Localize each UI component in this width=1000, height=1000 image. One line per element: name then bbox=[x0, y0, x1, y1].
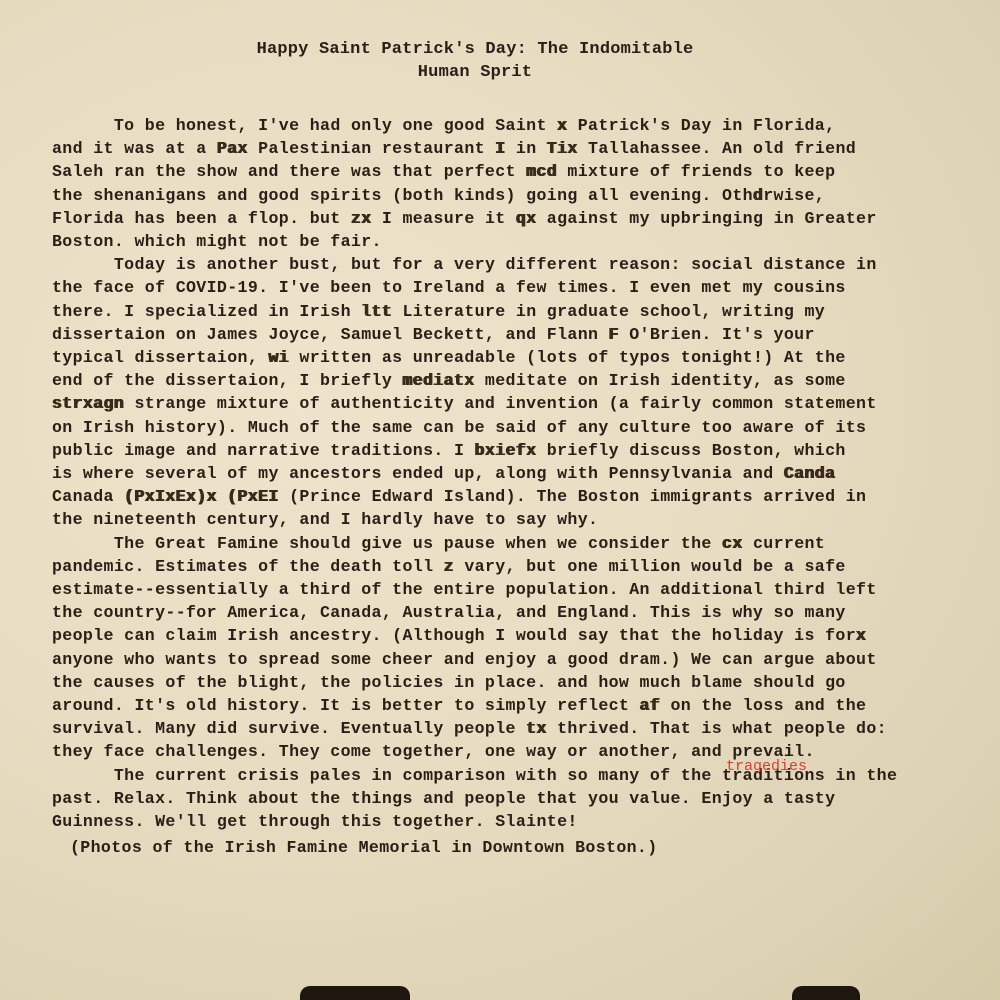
text-line: there. I specialized in Irish ltt Litera… bbox=[52, 300, 982, 323]
text-line: they face challenges. They come together… bbox=[52, 740, 982, 763]
text-segment: the shenanigans and good spirits (both k… bbox=[52, 186, 753, 205]
text-line: is where several of my ancestors ended u… bbox=[52, 462, 982, 485]
text-line: around. It's old history. It is better t… bbox=[52, 694, 982, 717]
typed-strikeover: z bbox=[444, 557, 454, 576]
text-line: Florida has been a flop. but zx I measur… bbox=[52, 207, 982, 230]
typed-strikeover: I bbox=[495, 139, 505, 158]
text-segment: strange mixture of authenticity and inve… bbox=[124, 394, 876, 413]
text-segment: Patrick's Day in Florida, bbox=[567, 116, 835, 135]
text-segment: against my upbringing in Greater bbox=[537, 209, 877, 228]
typed-strikeover: zx bbox=[351, 209, 372, 228]
text-segment: end of the dissertaion, I briefly bbox=[52, 371, 402, 390]
text-segment: The Great Famine should give us pause wh… bbox=[114, 534, 722, 553]
text-segment: pandemic. Estimates of the death toll bbox=[52, 557, 444, 576]
typed-strikeover: mcd bbox=[526, 162, 557, 181]
text-segment: on Irish history). Much of the same can … bbox=[52, 418, 866, 437]
text-segment: the country--for America, Canada, Austra… bbox=[52, 603, 846, 622]
text-line: end of the dissertaion, I briefly mediat… bbox=[52, 369, 982, 392]
text-segment: public image and narrative traditions. I bbox=[52, 441, 475, 460]
text-line: anyone who wants to spread some cheer an… bbox=[52, 648, 982, 671]
text-line: the shenanigans and good spirits (both k… bbox=[52, 184, 982, 207]
text-line: the nineteenth century, and I hardly hav… bbox=[52, 508, 982, 531]
text-segment: anyone who wants to spread some cheer an… bbox=[52, 650, 877, 669]
typed-strikeover: x bbox=[856, 626, 866, 645]
text-segment: Saleh ran the show and there was that pe… bbox=[52, 162, 526, 181]
text-segment: Boston. which might not be fair. bbox=[52, 232, 382, 251]
typed-strikeover: bxiefx bbox=[475, 441, 537, 460]
text-segment: vary, but one million would be a safe bbox=[454, 557, 846, 576]
text-segment: typical dissertaion, bbox=[52, 348, 268, 367]
text-segment: and it was at a bbox=[52, 139, 217, 158]
text-line: Canada (PxIxEx)x (PxEI (Prince Edward Is… bbox=[52, 485, 982, 508]
text-segment: thrived. That is what people do: bbox=[547, 719, 887, 738]
text-line: survival. Many did survive. Eventually p… bbox=[52, 717, 982, 740]
text-segment: on the loss and the bbox=[660, 696, 866, 715]
handwritten-correction: tragedies bbox=[726, 755, 807, 778]
typed-strikeover: tx bbox=[526, 719, 547, 738]
text-segment: Today is another bust, but for a very di… bbox=[114, 255, 877, 274]
typed-strikeover: x bbox=[557, 116, 567, 135]
binder-clip-right bbox=[792, 986, 860, 1000]
typed-strikeover: wi bbox=[268, 348, 289, 367]
text-segment: written as unreadable (lots of typos ton… bbox=[289, 348, 846, 367]
typed-strikeover: Canda bbox=[784, 464, 836, 483]
text-segment: the nineteenth century, and I hardly hav… bbox=[52, 510, 598, 529]
text-line: public image and narrative traditions. I… bbox=[52, 439, 982, 462]
document-title: Happy Saint Patrick's Day: The Indomitab… bbox=[0, 38, 950, 84]
title-line-1: Happy Saint Patrick's Day: The Indomitab… bbox=[0, 38, 950, 61]
document-body: To be honest, I've had only one good Sai… bbox=[52, 114, 982, 833]
typed-strikeover: d bbox=[753, 186, 763, 205]
photo-caption: (Photos of the Irish Famine Memorial in … bbox=[70, 836, 658, 859]
text-segment: Guinness. We'll get through this togethe… bbox=[52, 812, 578, 831]
text-segment: survival. Many did survive. Eventually p… bbox=[52, 719, 526, 738]
text-line: The current crisis pales in comparison w… bbox=[52, 764, 982, 787]
text-segment: The current crisis pales in comparison w… bbox=[114, 766, 722, 785]
text-segment: Palestinian restaurant bbox=[248, 139, 495, 158]
text-segment: they face challenges. They come together… bbox=[52, 742, 815, 761]
typed-strikeover: F bbox=[609, 325, 619, 344]
text-line: past. Relax. Think about the things and … bbox=[52, 787, 982, 810]
text-line: Boston. which might not be fair. bbox=[52, 230, 982, 253]
text-line: and it was at a Pax Palestinian restaura… bbox=[52, 137, 982, 160]
text-segment: To be honest, I've had only one good Sai… bbox=[114, 116, 557, 135]
typed-strikeover: (PxEI bbox=[227, 487, 279, 506]
text-line: Today is another bust, but for a very di… bbox=[52, 253, 982, 276]
text-segment: Florida has been a flop. but bbox=[52, 209, 351, 228]
text-segment: the causes of the blight, the policies i… bbox=[52, 673, 846, 692]
typed-strikeover: qx bbox=[516, 209, 537, 228]
text-segment: estimate--essentially a third of the ent… bbox=[52, 580, 877, 599]
text-segment: rwise, bbox=[763, 186, 825, 205]
typed-strikeover: strxagn bbox=[52, 394, 124, 413]
text-line: the face of COVID-19. I've been to Irela… bbox=[52, 276, 982, 299]
text-segment: the face of COVID-19. I've been to Irela… bbox=[52, 278, 846, 297]
typed-strikeover: Tix bbox=[547, 139, 578, 158]
text-line: Saleh ran the show and there was that pe… bbox=[52, 160, 982, 183]
text-segment: Tallahassee. An old friend bbox=[578, 139, 856, 158]
text-line: typical dissertaion, wi written as unrea… bbox=[52, 346, 982, 369]
text-segment: people can claim Irish ancestry. (Althou… bbox=[52, 626, 856, 645]
text-line: strxagn strange mixture of authenticity … bbox=[52, 392, 982, 415]
typed-strikeover: Pax bbox=[217, 139, 248, 158]
text-segment: past. Relax. Think about the things and … bbox=[52, 789, 835, 808]
text-segment: is where several of my ancestors ended u… bbox=[52, 464, 784, 483]
text-segment: Literature in graduate school, writing m… bbox=[392, 302, 825, 321]
text-line: The Great Famine should give us pause wh… bbox=[52, 532, 982, 555]
typewritten-page: Happy Saint Patrick's Day: The Indomitab… bbox=[0, 0, 1000, 1000]
text-line: To be honest, I've had only one good Sai… bbox=[52, 114, 982, 137]
text-segment: briefly discuss Boston, which bbox=[536, 441, 845, 460]
text-segment: there. I specialized in Irish bbox=[52, 302, 361, 321]
title-line-2: Human Sprit bbox=[0, 61, 950, 84]
text-line: on Irish history). Much of the same can … bbox=[52, 416, 982, 439]
typed-strikeover: mediatx bbox=[402, 371, 474, 390]
text-line: pandemic. Estimates of the death toll z … bbox=[52, 555, 982, 578]
text-segment bbox=[217, 487, 227, 506]
typed-strikeover: af bbox=[640, 696, 661, 715]
text-segment: in the bbox=[825, 766, 897, 785]
text-segment: in bbox=[506, 139, 547, 158]
typed-strikeover: ltt bbox=[361, 302, 392, 321]
text-segment: mixture of friends to keep bbox=[557, 162, 835, 181]
text-line: Guinness. We'll get through this togethe… bbox=[52, 810, 982, 833]
text-line: dissertaion on James Joyce, Samuel Becke… bbox=[52, 323, 982, 346]
typed-strikeover: cx bbox=[722, 534, 743, 553]
typed-strikeover: (PxIxEx)x bbox=[124, 487, 217, 506]
text-segment: (Prince Edward Island). The Boston immig… bbox=[279, 487, 867, 506]
text-segment: current bbox=[743, 534, 825, 553]
text-segment: around. It's old history. It is better t… bbox=[52, 696, 640, 715]
text-segment: Canada bbox=[52, 487, 124, 506]
corrected-word: traditionstragedies bbox=[722, 764, 825, 787]
text-segment: O'Brien. It's your bbox=[619, 325, 815, 344]
binder-clip-left bbox=[300, 986, 410, 1000]
text-segment: meditate on Irish identity, as some bbox=[475, 371, 846, 390]
text-line: the causes of the blight, the policies i… bbox=[52, 671, 982, 694]
text-segment: dissertaion on James Joyce, Samuel Becke… bbox=[52, 325, 609, 344]
text-line: the country--for America, Canada, Austra… bbox=[52, 601, 982, 624]
text-line: estimate--essentially a third of the ent… bbox=[52, 578, 982, 601]
text-line: people can claim Irish ancestry. (Althou… bbox=[52, 624, 982, 647]
text-segment: I measure it bbox=[372, 209, 516, 228]
